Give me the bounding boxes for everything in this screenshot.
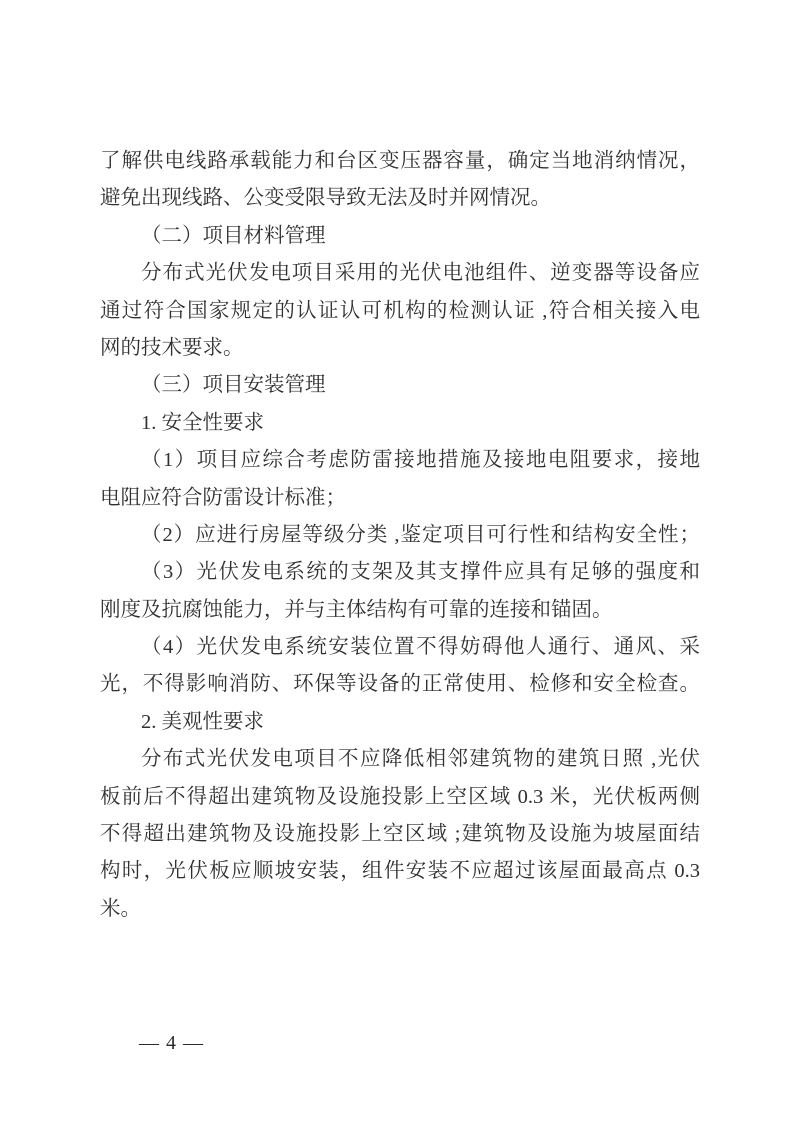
text-line: 避免出现线路、公变受限导致无法及时并网情况。 [100,180,700,217]
text-line: 不得超出建筑物及设施投影上空区域 ;建筑物及设施为坡屋面结 [100,816,700,853]
text-line: （1）项目应综合考虑防雷接地措施及接地电阻要求，接地 [100,442,700,479]
text-line: 2. 美观性要求 [100,704,700,741]
page-number: — 4 — [139,1031,204,1055]
text-line: （二）项目材料管理 [100,218,700,255]
text-line: （三）项目安装管理 [100,367,700,404]
text-line: 米。 [100,891,700,928]
text-line: 板前后不得超出建筑物及设施投影上空区域 0.3 米，光伏板两侧 [100,779,700,816]
text-line: 了解供电线路承载能力和台区变压器容量，确定当地消纳情况， [100,143,700,180]
text-line: （2）应进行房屋等级分类 ,鉴定项目可行性和结构安全性； [100,517,700,554]
text-line: 分布式光伏发电项目采用的光伏电池组件、逆变器等设备应 [100,255,700,292]
text-line: （4）光伏发电系统安装位置不得妨碍他人通行、通风、采 [100,629,700,666]
text-line: 光，不得影响消防、环保等设备的正常使用、检修和安全检查。 [100,666,700,703]
text-line: 构时，光伏板应顺坡安装，组件安装不应超过该屋面最高点 0.3 [100,853,700,890]
text-line: 1. 安全性要求 [100,405,700,442]
text-line: 通过符合国家规定的认证认可机构的检测认证 ,符合相关接入电 [100,293,700,330]
text-line: 电阻应符合防雷设计标准； [100,480,700,517]
text-line: （3）光伏发电系统的支架及其支撑件应具有足够的强度和 [100,554,700,591]
text-line: 网的技术要求。 [100,330,700,367]
body-text: 了解供电线路承载能力和台区变压器容量，确定当地消纳情况，避免出现线路、公变受限导… [100,143,700,928]
text-line: 刚度及抗腐蚀能力，并与主体结构有可靠的连接和锚固。 [100,592,700,629]
text-line: 分布式光伏发电项目不应降低相邻建筑物的建筑日照 ,光伏 [100,741,700,778]
document-page: 了解供电线路承载能力和台区变压器容量，确定当地消纳情况，避免出现线路、公变受限导… [0,0,793,1122]
